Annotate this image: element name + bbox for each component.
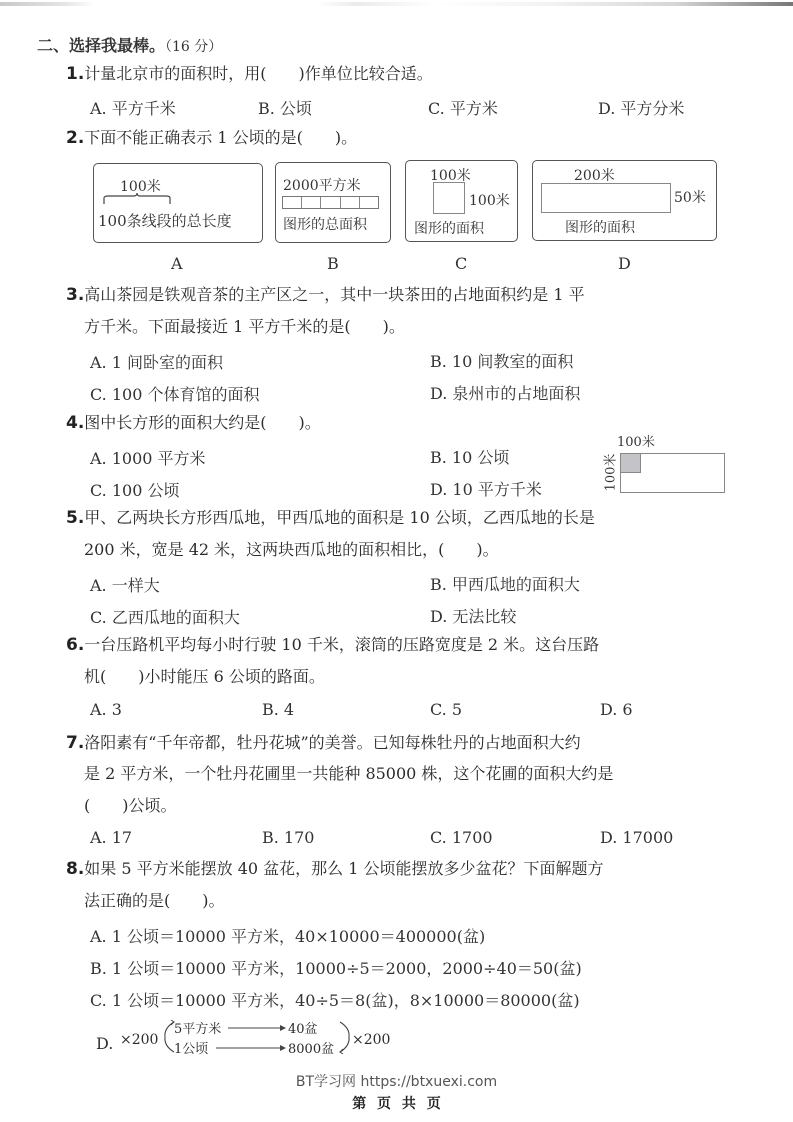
page-indicator: 第 页 共 页 (0, 1093, 793, 1113)
figure-a-bottom-label: 100条线段的总长度 (98, 210, 232, 231)
question-8-line-2: 法正确的是( )。 (84, 892, 225, 910)
q6-option-b[interactable]: B. 4 (262, 700, 294, 719)
section-points: （16 分） (165, 39, 222, 55)
brace-icon (102, 192, 172, 206)
question-3: 3.高山茶园是铁观音茶的主产区之一，其中一块茶田的占地面积约是 1 平 (66, 286, 585, 304)
question-text: 如果 5 平方米能摆放 40 盆花，那么 1 公顷能摆放多少盆花？下面解题方 (84, 859, 603, 878)
arrow-right-icon (216, 1044, 288, 1052)
q2-figure-d[interactable]: 200米 50米 图形的面积 (532, 160, 717, 241)
q6-option-a[interactable]: A. 3 (90, 700, 122, 719)
q2-figure-b[interactable]: 2000平方米 图形的总面积 (275, 162, 391, 243)
figure-d-side-label: 50米 (674, 187, 706, 207)
question-text: 洛阳素有“千年帝都，牡丹花城”的美誉。已知每株牡丹的占地面积大约 (84, 733, 580, 752)
question-text: 高山茶园是铁观音茶的主产区之一，其中一块茶田的占地面积约是 1 平 (84, 285, 584, 304)
q4-option-a[interactable]: A. 1000 平方米 (90, 446, 206, 469)
option-d-right-multiplier: ×200 (352, 1032, 390, 1048)
question-2: 2.下面不能正确表示 1 公顷的是( )。 (66, 129, 357, 147)
q2-figure-a[interactable]: 100米 100条线段的总长度 (93, 163, 263, 243)
q1-option-d[interactable]: D. 平方分米 (598, 96, 684, 119)
figure-b-top-label: 2000平方米 (283, 175, 361, 195)
question-text: 下面不能正确表示 1 公顷的是( )。 (84, 128, 357, 147)
figure-a-letter: A (171, 254, 183, 273)
q4-figure-top-label: 100米 (617, 431, 655, 450)
q4-figure-unit-square (620, 453, 641, 473)
q3-option-c[interactable]: C. 100 个体育馆的面积 (90, 382, 259, 405)
q7-option-c[interactable]: C. 1700 (430, 828, 493, 847)
figure-c-side-label: 100米 (469, 190, 510, 210)
question-number: 2. (66, 128, 84, 148)
question-number: 6. (66, 635, 84, 655)
figure-b-bottom-label: 图形的总面积 (283, 214, 367, 234)
right-bracket-icon (338, 1020, 352, 1054)
q6-option-c[interactable]: C. 5 (430, 700, 462, 719)
question-number: 5. (66, 508, 84, 528)
q4-option-b[interactable]: B. 10 公顷 (430, 445, 509, 468)
q1-option-b[interactable]: B. 公顷 (258, 96, 312, 119)
q3-option-a[interactable]: A. 1 间卧室的面积 (90, 350, 223, 373)
q4-option-c[interactable]: C. 100 公顷 (90, 478, 179, 501)
q8-option-a[interactable]: A. 1 公顷＝10000 平方米，40×10000＝400000(盆) (90, 924, 485, 947)
q1-option-a[interactable]: A. 平方千米 (90, 96, 176, 119)
question-6-line-2: 机( )小时能压 6 公顷的路面。 (84, 668, 325, 686)
option-d-row2-right: 8000盆 (288, 1038, 334, 1057)
watermark: BT学习网 https://btxuexi.com (0, 1071, 793, 1091)
q5-option-d[interactable]: D. 无法比较 (430, 604, 516, 627)
question-3-line-2: 方千米。下面最接近 1 平方千米的是( )。 (84, 318, 405, 336)
section-title: 二、选择我最棒。（16 分） (37, 33, 222, 56)
question-6: 6.一台压路机平均每小时行驶 10 千米，滚筒的压路宽度是 2 米。这台压路 (66, 636, 599, 654)
figure-d-letter: D (618, 254, 631, 273)
q8-option-b[interactable]: B. 1 公顷＝10000 平方米，10000÷5＝2000，2000÷40＝5… (90, 956, 582, 979)
question-text: 一台压路机平均每小时行驶 10 千米，滚筒的压路宽度是 2 米。这台压路 (84, 635, 599, 654)
q3-option-d[interactable]: D. 泉州市的占地面积 (430, 381, 580, 404)
q7-option-a[interactable]: A. 17 (90, 828, 132, 847)
question-number: 1. (66, 64, 84, 84)
q7-option-b[interactable]: B. 170 (262, 828, 314, 847)
figure-b-letter: B (327, 254, 339, 273)
q6-option-d[interactable]: D. 6 (600, 700, 633, 719)
question-7-line-3: ( )公顷。 (84, 797, 177, 815)
figure-d-rectangle (541, 183, 671, 213)
option-d-left-multiplier: ×200 (120, 1032, 158, 1048)
question-1: 1.计量北京市的面积时，用( )作单位比较合适。 (66, 65, 433, 83)
question-number: 8. (66, 859, 84, 879)
question-text: 计量北京市的面积时，用( )作单位比较合适。 (84, 64, 433, 83)
question-number: 7. (66, 733, 84, 753)
q3-option-b[interactable]: B. 10 间教室的面积 (430, 349, 573, 372)
option-d-row1-right: 40盆 (288, 1018, 318, 1037)
question-7-line-2: 是 2 平方米，一个牡丹花圃里一共能种 85000 株，这个花圃的面积大约是 (84, 765, 613, 783)
scan-edge (0, 2, 793, 6)
question-text: 图中长方形的面积大约是( )。 (84, 413, 321, 432)
q1-option-c[interactable]: C. 平方米 (428, 96, 498, 119)
q4-figure-side-label: 100米 (599, 454, 618, 492)
section-title-text: 二、选择我最棒。 (37, 36, 165, 55)
q2-figure-c[interactable]: 100米 100米 图形的面积 (405, 160, 518, 242)
figure-d-top-label: 200米 (574, 165, 615, 185)
q5-option-c[interactable]: C. 乙西瓜地的面积大 (90, 605, 240, 628)
arrow-right-icon (228, 1024, 288, 1032)
figure-d-bottom-label: 图形的面积 (565, 217, 635, 237)
question-7: 7.洛阳素有“千年帝都，牡丹花城”的美誉。已知每株牡丹的占地面积大约 (66, 734, 581, 752)
question-8: 8.如果 5 平方米能摆放 40 盆花，那么 1 公顷能摆放多少盆花？下面解题方 (66, 860, 604, 878)
q7-option-d[interactable]: D. 17000 (600, 828, 673, 847)
figure-c-square (433, 182, 465, 214)
q8-option-d[interactable]: D. ×200 5平方米 40盆 1公顷 8000盆 ×200 (90, 1014, 390, 1058)
question-4: 4.图中长方形的面积大约是( )。 (66, 414, 321, 432)
q8-option-c[interactable]: C. 1 公顷＝10000 平方米，40÷5＝8(盆)，8×10000＝8000… (90, 988, 580, 1011)
figure-c-letter: C (455, 254, 467, 273)
option-d-row1-left: 5平方米 (174, 1018, 221, 1037)
question-text: 甲、乙两块长方形西瓜地，甲西瓜地的面积是 10 公顷，乙西瓜地的长是 (84, 508, 595, 527)
option-d-row2-left: 1公顷 (174, 1038, 208, 1057)
question-number: 4. (66, 413, 84, 433)
figure-c-bottom-label: 图形的面积 (414, 218, 484, 238)
question-5: 5.甲、乙两块长方形西瓜地，甲西瓜地的面积是 10 公顷，乙西瓜地的长是 (66, 509, 595, 527)
q5-option-a[interactable]: A. 一样大 (90, 573, 160, 596)
option-d-letter: D. (96, 1034, 113, 1053)
figure-b-grid (282, 196, 379, 209)
q5-option-b[interactable]: B. 甲西瓜地的面积大 (430, 572, 580, 595)
q4-option-d[interactable]: D. 10 平方千米 (430, 477, 542, 500)
question-number: 3. (66, 285, 84, 305)
question-5-line-2: 200 米，宽是 42 米，这两块西瓜地的面积相比，( )。 (84, 541, 499, 559)
